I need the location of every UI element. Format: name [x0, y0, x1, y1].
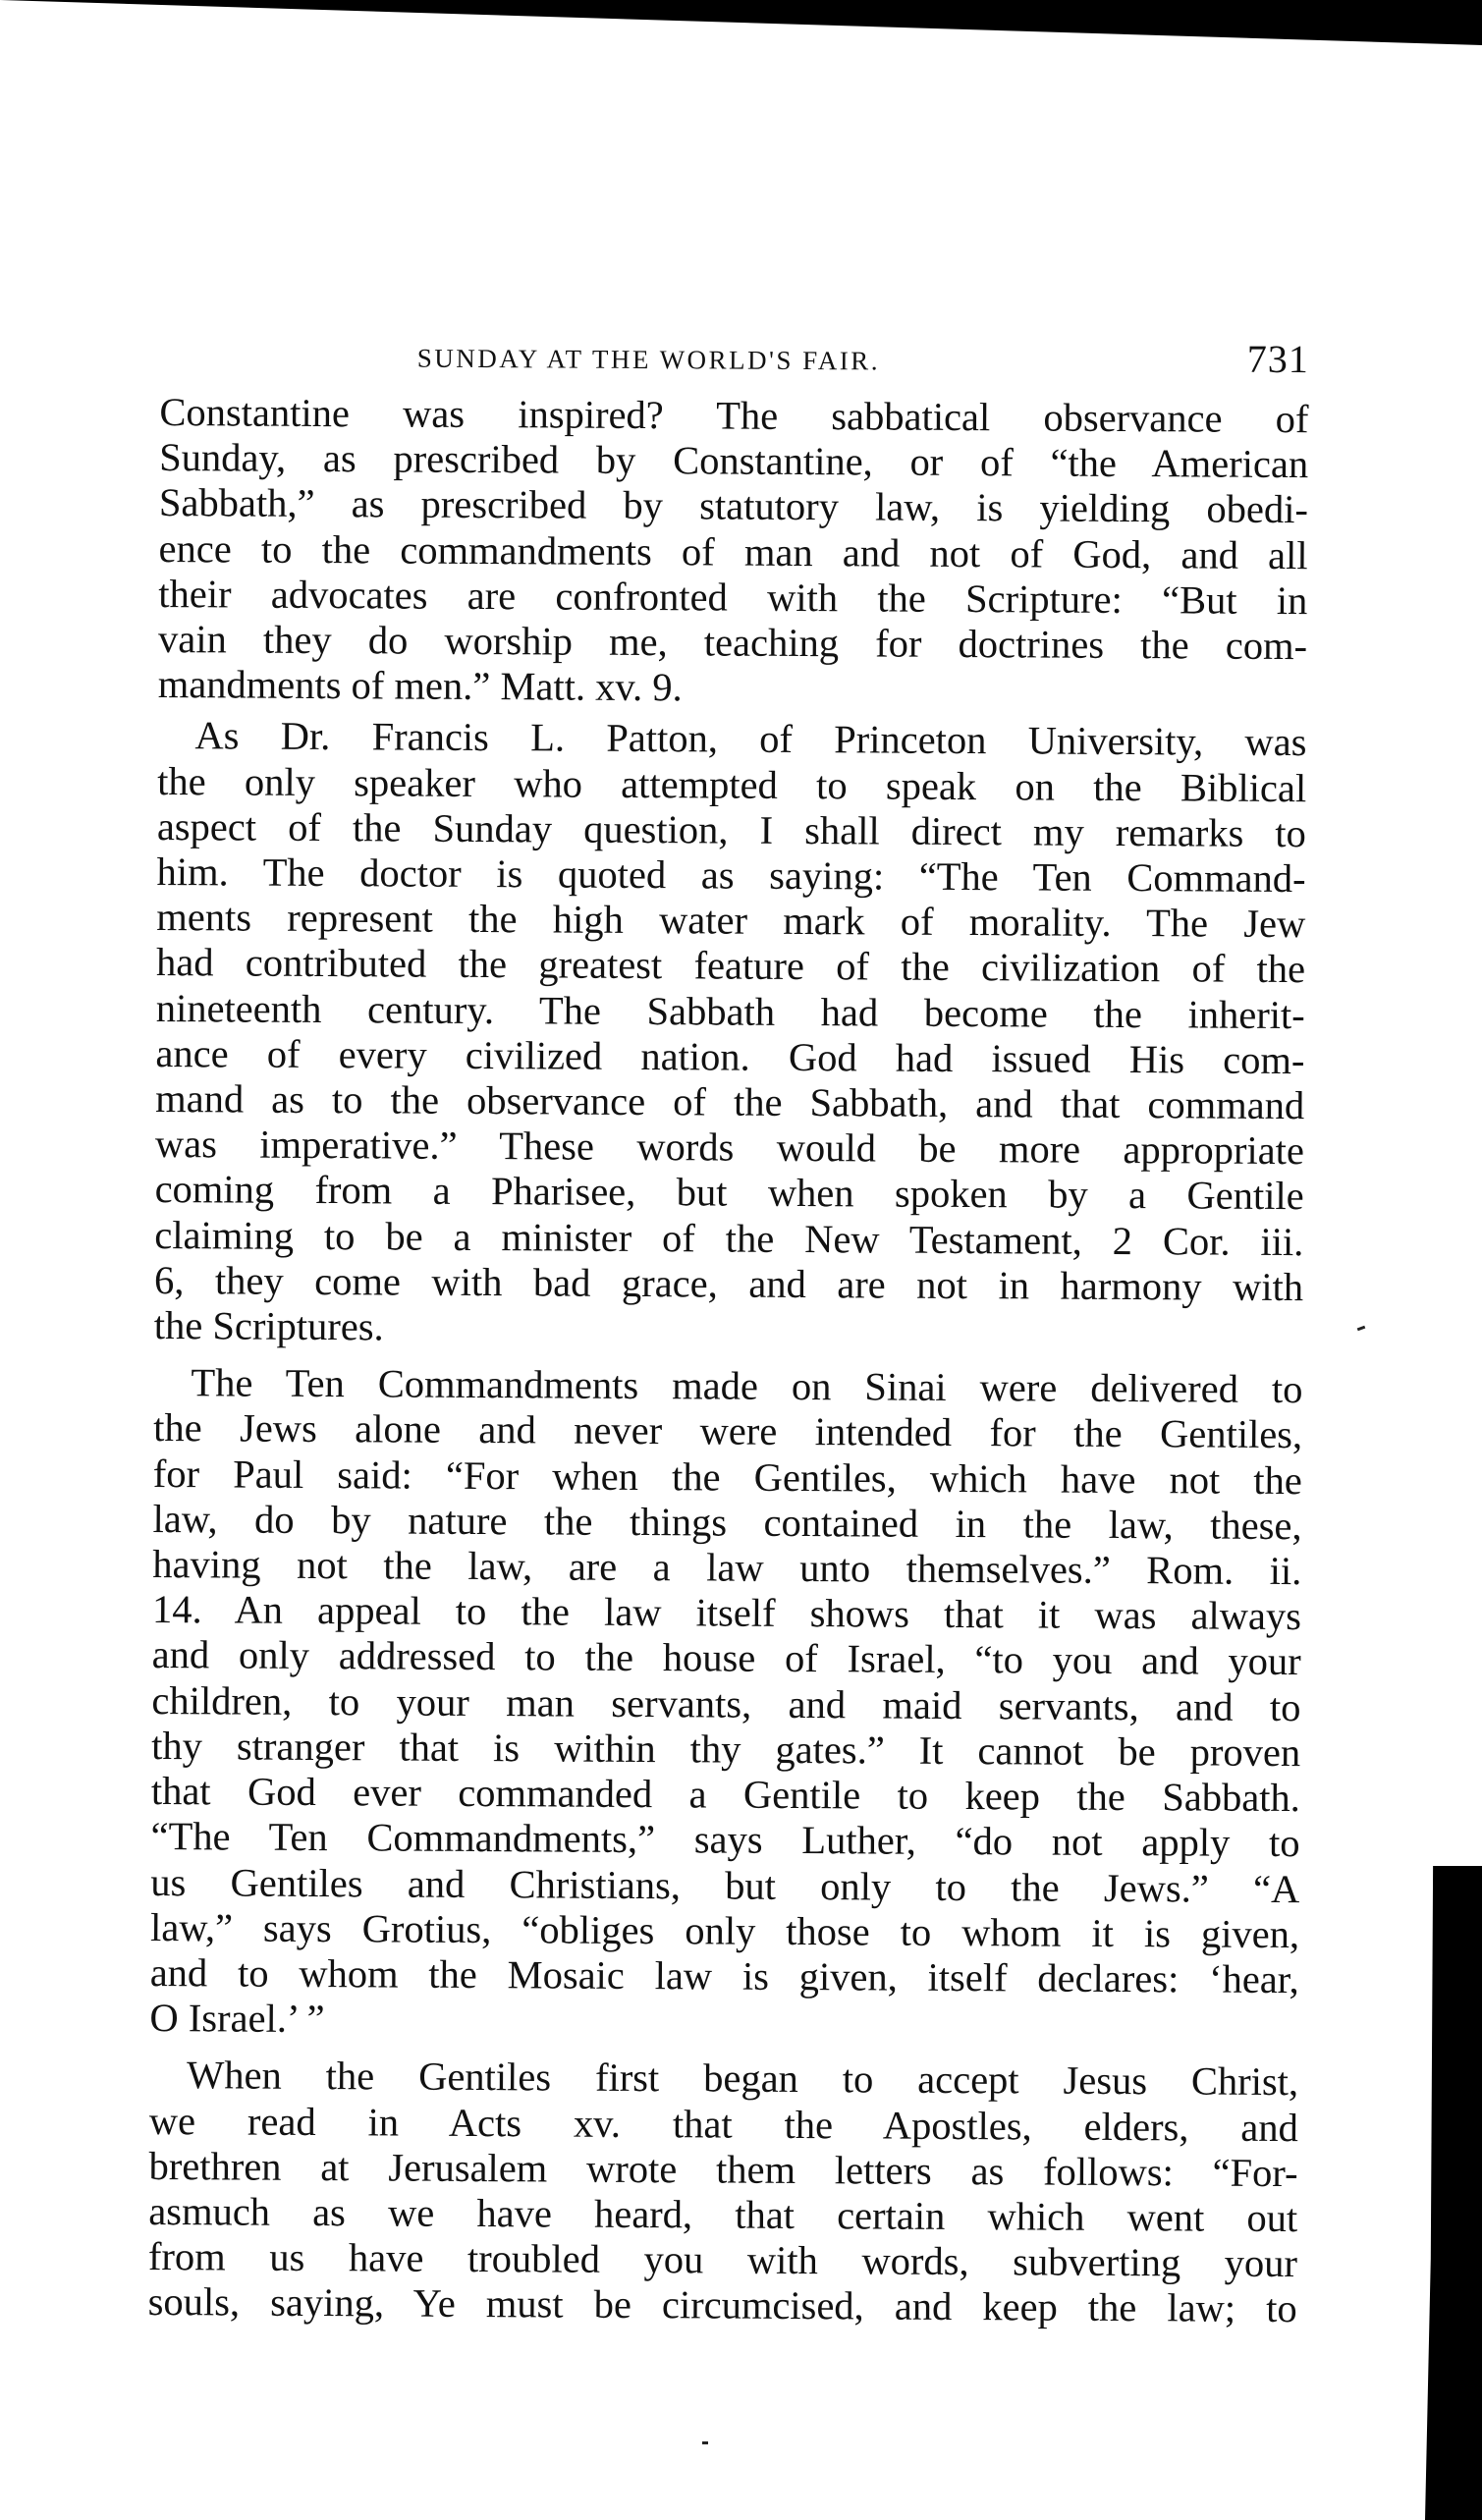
text-line: “The Ten Commandments,” says Luther, “do… [150, 1814, 1299, 1866]
paragraph: Constantine was inspired? The sabbatical… [158, 390, 1309, 715]
text-line: that God ever commanded a Gentile to kee… [151, 1769, 1300, 1821]
paragraph: The Ten Commandments made on Sinai were … [149, 1360, 1302, 2048]
text-line: aspect of the Sunday question, I shall d… [157, 804, 1306, 856]
text-line: Sunday, as prescribed by Constantine, or… [159, 435, 1308, 487]
text-line: As Dr. Francis L. Patton, of Princeton U… [157, 713, 1306, 765]
text-line: the Jews alone and never were intended f… [153, 1405, 1302, 1457]
text-line: 6, they come with bad grace, and are not… [154, 1258, 1303, 1310]
text-line: law, do by nature the things contained i… [152, 1497, 1301, 1549]
text-line: souls, saying, Ye must be circumcised, a… [148, 2279, 1297, 2331]
running-title: Sunday at the World's Fair. [417, 344, 880, 377]
text-line: him. The doctor is quoted as saying: “Th… [156, 849, 1305, 902]
text-line: O Israel.’ ” [149, 1996, 1298, 2048]
body-text: Constantine was inspired? The sabbatical… [148, 390, 1309, 2332]
text-line: thy stranger that is within thy gates.” … [151, 1724, 1300, 1776]
text-line: asmuch as we have heard, that certain wh… [148, 2189, 1297, 2241]
text-line: the only speaker who attempted to speak … [157, 759, 1306, 811]
text-line: The Ten Commandments made on Sinai were … [153, 1360, 1302, 1412]
text-line: Constantine was inspired? The sabbatical… [159, 390, 1308, 442]
running-header: Sunday at the World's Fair. 731 [417, 331, 1309, 398]
text-line: we read in Acts xv. that the Apostles, e… [149, 2098, 1298, 2150]
page-number: 731 [1247, 336, 1309, 382]
text-line: Sabbath,” as prescribed by statutory law… [159, 480, 1308, 532]
scan-speck [702, 2441, 708, 2444]
text-line: and to whom the Mosaic law is given, its… [150, 1950, 1299, 2002]
paragraph: As Dr. Francis L. Patton, of Princeton U… [154, 713, 1307, 1355]
text-line: had contributed the greatest feature of … [156, 940, 1305, 992]
text-line: us Gentiles and Christians, but only to … [150, 1859, 1299, 1911]
text-line: claiming to be a minister of the New Tes… [154, 1213, 1303, 1265]
text-line: brethren at Jerusalem wrote them letters… [148, 2144, 1297, 2196]
text-line: and only addressed to the house of Israe… [152, 1632, 1301, 1684]
text-line: children, to your man servants, and maid… [151, 1678, 1300, 1730]
paragraph: When the Gentiles first began to accept … [148, 2053, 1299, 2331]
text-line: mandments of men.” Matt. xv. 9. [158, 662, 1307, 714]
text-line: having not the law, are a law unto thems… [152, 1542, 1301, 1594]
text-line: ments represent the high water mark of m… [156, 895, 1305, 947]
text-line: ence to the commandments of man and not … [158, 526, 1307, 578]
text-line: coming from a Pharisee, but when spoken … [155, 1167, 1304, 1219]
text-line: When the Gentiles first began to accept … [149, 2053, 1298, 2105]
text-line: 14. An appeal to the law itself shows th… [152, 1587, 1301, 1639]
text-line: their advocates are confronted with the … [158, 572, 1307, 624]
text-line: mand as to the observance of the Sabbath… [155, 1076, 1304, 1128]
text-line: nineteenth century. The Sabbath had beco… [156, 986, 1305, 1038]
text-line: vain they do worship me, teaching for do… [158, 617, 1307, 669]
text-line: the Scriptures. [154, 1303, 1303, 1355]
text-line: was imperative.” These words would be mo… [155, 1122, 1304, 1174]
scan-top-border [0, 0, 1482, 45]
book-page: Sunday at the World's Fair. 731 Constant… [148, 329, 1309, 2332]
text-line: for Paul said: “For when the Gentiles, w… [153, 1452, 1302, 1504]
scan-speck [1357, 1326, 1366, 1332]
text-line: from us have troubled you with words, su… [148, 2234, 1297, 2286]
text-line: law,” says Grotius, “obliges only those … [150, 1905, 1299, 1957]
text-line: ance of every civilized nation. God had … [155, 1031, 1304, 1083]
scan-right-border [1425, 1866, 1482, 2520]
